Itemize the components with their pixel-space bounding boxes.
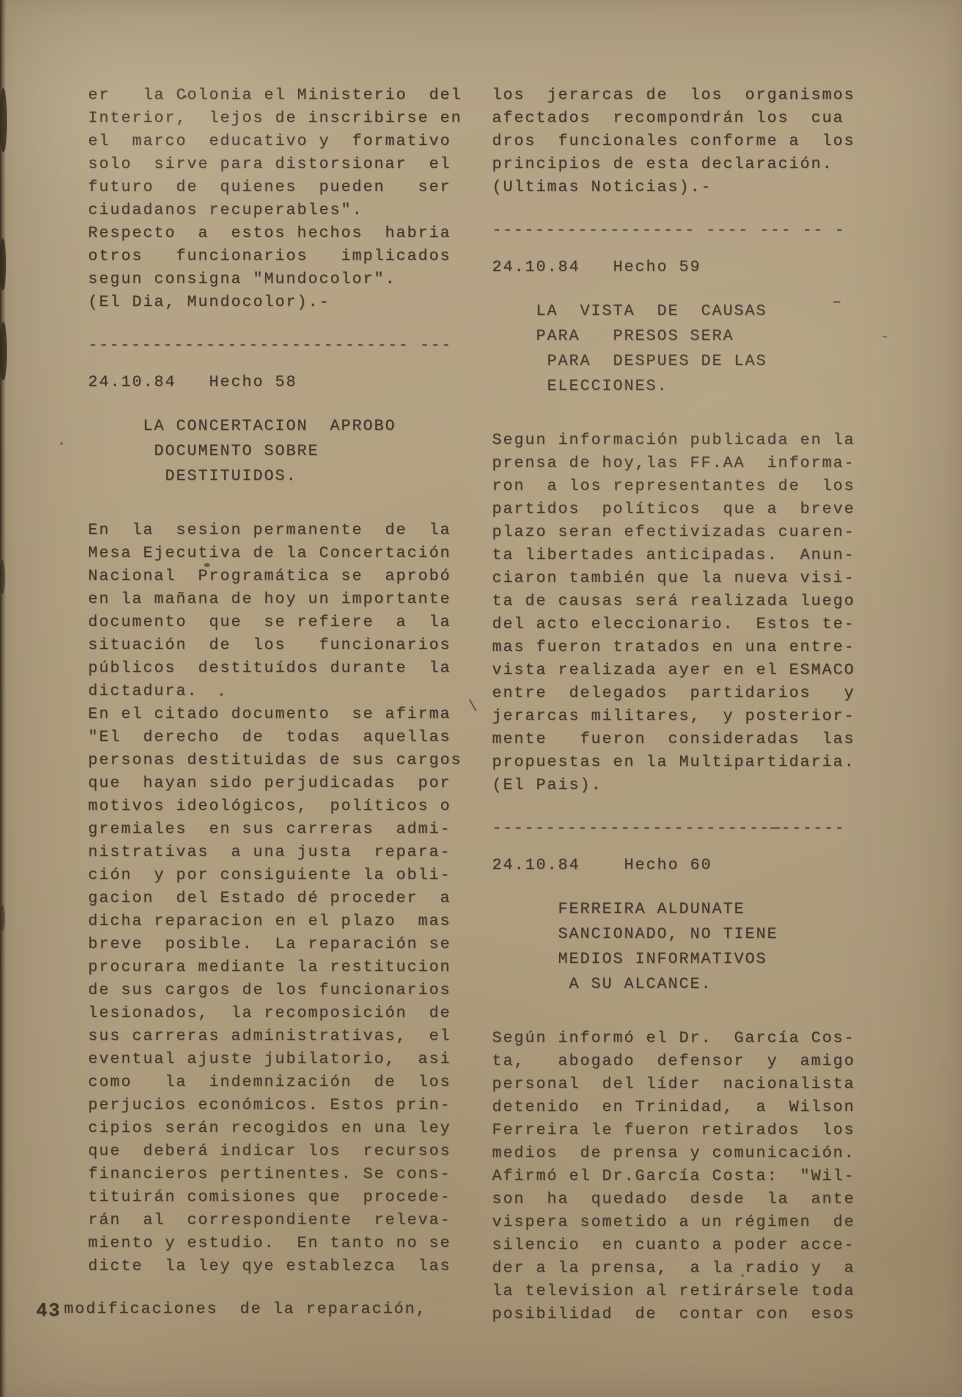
text-line: PARA PRESOS SERA <box>492 324 922 349</box>
text-line: vispera sometido a un régimen de <box>492 1211 922 1234</box>
text-line: ciudadanos recuperables". <box>88 199 490 222</box>
text-line: 24.10.84 Hecho 59 <box>492 256 922 279</box>
scan-edge <box>0 0 6 1397</box>
text-line: partidos políticos que a breve <box>492 498 922 521</box>
text-line: jerarcas militares, y posterior- <box>492 705 922 728</box>
text-line: vista realizada ayer en el ESMACO <box>492 659 922 682</box>
text-line: propuestas en la Multipartidaria. <box>492 751 922 774</box>
text-line: de sus cargos de los funcionarios <box>88 979 490 1002</box>
text-line: A SU ALCANCE. <box>492 972 922 997</box>
text-line: ELECCIONES. <box>492 374 922 399</box>
text-line: perjucios económicos. Estos prin- <box>88 1094 490 1117</box>
scan-edge-blob <box>0 905 5 931</box>
text-line: mente fueron consideradas las <box>492 728 922 751</box>
dashed-separator: --------------------------—------ <box>492 817 922 840</box>
headline: FERREIRA ALDUNATE SANCIONADO, NO TIENE M… <box>492 897 922 997</box>
text-line: En el citado documento se afirma <box>88 703 490 726</box>
text-line: --------------------------—------ <box>492 817 922 840</box>
headline: LA CONCERTACION APROBO DOCUMENTO SOBRE D… <box>88 414 490 489</box>
dateline: 24.10.84 Hecho 60 <box>492 854 922 877</box>
text-line: ta libertades anticipadas. Anun- <box>492 544 922 567</box>
dateline: 24.10.84 Hecho 58 <box>88 371 490 394</box>
text-line: Afirmó el Dr.García Costa: "Wil- <box>492 1165 922 1188</box>
text-line: FERREIRA ALDUNATE <box>492 897 922 922</box>
text-line: afectados recompondrán los cua <box>492 107 922 130</box>
text-line: Según informó el Dr. García Cos- <box>492 1027 922 1050</box>
text-line: prensa de hoy,las FF.AA informa- <box>492 452 922 475</box>
text-line: Nacional Programática se aprobó <box>88 565 490 588</box>
text-line: silencio en cuanto a poder acce- <box>492 1234 922 1257</box>
text-line: "El derecho de todas aquellas <box>88 726 490 749</box>
scanned-page: { "page": { "number": "43", "language": … <box>0 0 962 1397</box>
text-line: lesionados, la recomposición de <box>88 1002 490 1025</box>
text-line: (El Dia, Mundocolor).- <box>88 291 490 314</box>
scan-edge-blob <box>0 88 7 152</box>
scan-edge-blob <box>0 238 6 290</box>
text-line: gremiales en sus carreras admi- <box>88 818 490 841</box>
text-line: personas destituidas de sus cargos <box>88 749 490 772</box>
text-line: (El Pais). <box>492 774 922 797</box>
text-line: DESTITUIDOS. <box>88 464 490 489</box>
text-line: dictadura. <box>88 680 490 703</box>
paper-speck <box>60 442 63 445</box>
text-line: motivos ideológicos, políticos o <box>88 795 490 818</box>
text-line: ron a los representantes de los <box>492 475 922 498</box>
text-line: solo sirve para distorsionar el <box>88 153 490 176</box>
dashed-separator: ------------------- ---- --- -- - <box>492 219 922 242</box>
text-line: documento que se refiere a la <box>88 611 490 634</box>
text-line: nistrativas a una justa repara- <box>88 841 490 864</box>
text-line: modificaciones de la reparación, <box>64 1298 427 1321</box>
text-line: DOCUMENTO SOBRE <box>88 439 490 464</box>
scan-edge-blob <box>0 560 5 594</box>
text-line: plazo seran efectivizadas cuaren- <box>492 521 922 544</box>
text-line: Segun información publicada en la <box>492 429 922 452</box>
text-line: LA VISTA DE CAUSAS <box>492 299 922 324</box>
text-line: 24.10.84 Hecho 60 <box>492 854 922 877</box>
text-line: en la mañana de hoy un importante <box>88 588 490 611</box>
text-line: der a la prensa, a la radio y a <box>492 1257 922 1280</box>
text-line: Mesa Ejecutiva de la Concertación <box>88 542 490 565</box>
text-line: principios de esta declaración. <box>492 153 922 176</box>
text-line: ------------------------------ --- <box>88 334 490 357</box>
text-line: Interior, lejos de inscribirse en <box>88 107 490 130</box>
text-line: segun consigna "Mundocolor". <box>88 268 490 291</box>
left-column: er la Colonia el Ministerio delInterior,… <box>88 84 490 1278</box>
text-line: situación de los funcionarios <box>88 634 490 657</box>
text-line: otros funcionarios implicados <box>88 245 490 268</box>
text-line: (Ultimas Noticias).- <box>492 176 922 199</box>
text-line: PARA DESPUES DE LAS <box>492 349 922 374</box>
text-line: medios de prensa y comunicación. <box>492 1142 922 1165</box>
text-line: 24.10.84 Hecho 58 <box>88 371 490 394</box>
text-line: detenido en Trinidad, a Wilson <box>492 1096 922 1119</box>
text-line: personal del líder nacionalista <box>492 1073 922 1096</box>
text-line: ta, abogado defensor y amigo <box>492 1050 922 1073</box>
text-line: Respecto a estos hechos habria <box>88 222 490 245</box>
text-line: ción y por consiguiente la obli- <box>88 864 490 887</box>
text-line: son ha quedado desde la ante <box>492 1188 922 1211</box>
right-column: los jerarcas de los organismosafectados … <box>492 84 922 1326</box>
text-line: mas fueron tratados en una entre- <box>492 636 922 659</box>
text-line: financieros pertinentes. Se cons- <box>88 1163 490 1186</box>
text-line: rán al correspondiente releva- <box>88 1209 490 1232</box>
text-line: públicos destituídos durante la <box>88 657 490 680</box>
page-footer-row: 43 modificaciones de la reparación, <box>36 1298 427 1322</box>
text-line: futuro de quienes pueden ser <box>88 176 490 199</box>
text-line: Ferreira le fueron retirados los <box>492 1119 922 1142</box>
text-line: sus carreras administrativas, el <box>88 1025 490 1048</box>
text-line: del acto eleccionario. Estos te- <box>492 613 922 636</box>
text-line: En la sesion permanente de la <box>88 519 490 542</box>
text-line: LA CONCERTACION APROBO <box>88 414 490 439</box>
text-line: que hayan sido perjudicadas por <box>88 772 490 795</box>
headline: LA VISTA DE CAUSAS PARA PRESOS SERA PARA… <box>492 299 922 399</box>
text-line: cipios serán recogidos en una ley <box>88 1117 490 1140</box>
paragraph: En la sesion permanente de laMesa Ejecut… <box>88 519 490 1278</box>
text-line: SANCIONADO, NO TIENE <box>492 922 922 947</box>
text-line: procurara mediante la restitucion <box>88 956 490 979</box>
text-line: dicte la ley qye establezca las <box>88 1255 490 1278</box>
dashed-separator: ------------------------------ --- <box>88 334 490 357</box>
scan-edge-blob <box>0 322 7 380</box>
text-line: los jerarcas de los organismos <box>492 84 922 107</box>
text-line: ciaron también que la nueva visi- <box>492 567 922 590</box>
text-line: posibilidad de contar con esos <box>492 1303 922 1326</box>
text-line: miento y estudio. En tanto no se <box>88 1232 490 1255</box>
page-number: 43 <box>36 1300 61 1322</box>
stray-mark: \ <box>468 698 479 716</box>
text-line: la television al retirársele toda <box>492 1280 922 1303</box>
text-line: dros funcionales conforme a los <box>492 130 922 153</box>
paragraph: los jerarcas de los organismosafectados … <box>492 84 922 199</box>
text-line: eventual ajuste jubilatorio, asi <box>88 1048 490 1071</box>
text-line: tituirán comisiones que procede- <box>88 1186 490 1209</box>
text-line: gacion del Estado dé proceder a <box>88 887 490 910</box>
text-line: breve posible. La reparación se <box>88 933 490 956</box>
text-line: que deberá indicar los recursos <box>88 1140 490 1163</box>
text-line: ------------------- ---- --- -- - <box>492 219 922 242</box>
text-line: el marco educativo y formativo <box>88 130 490 153</box>
paragraph: Según informó el Dr. García Cos-ta, abog… <box>492 1027 922 1326</box>
text-line: entre delegados partidarios y <box>492 682 922 705</box>
text-line: dicha reparacion en el plazo mas <box>88 910 490 933</box>
text-line: ta de causas será realizada luego <box>492 590 922 613</box>
text-line: como la indemnización de los <box>88 1071 490 1094</box>
stray-mark: – <box>832 293 843 311</box>
text-line: er la Colonia el Ministerio del <box>88 84 490 107</box>
dateline: 24.10.84 Hecho 59 <box>492 256 922 279</box>
text-line: MEDIOS INFORMATIVOS <box>492 947 922 972</box>
paragraph: er la Colonia el Ministerio delInterior,… <box>88 84 490 314</box>
paragraph: Segun información publicada en laprensa … <box>492 429 922 797</box>
